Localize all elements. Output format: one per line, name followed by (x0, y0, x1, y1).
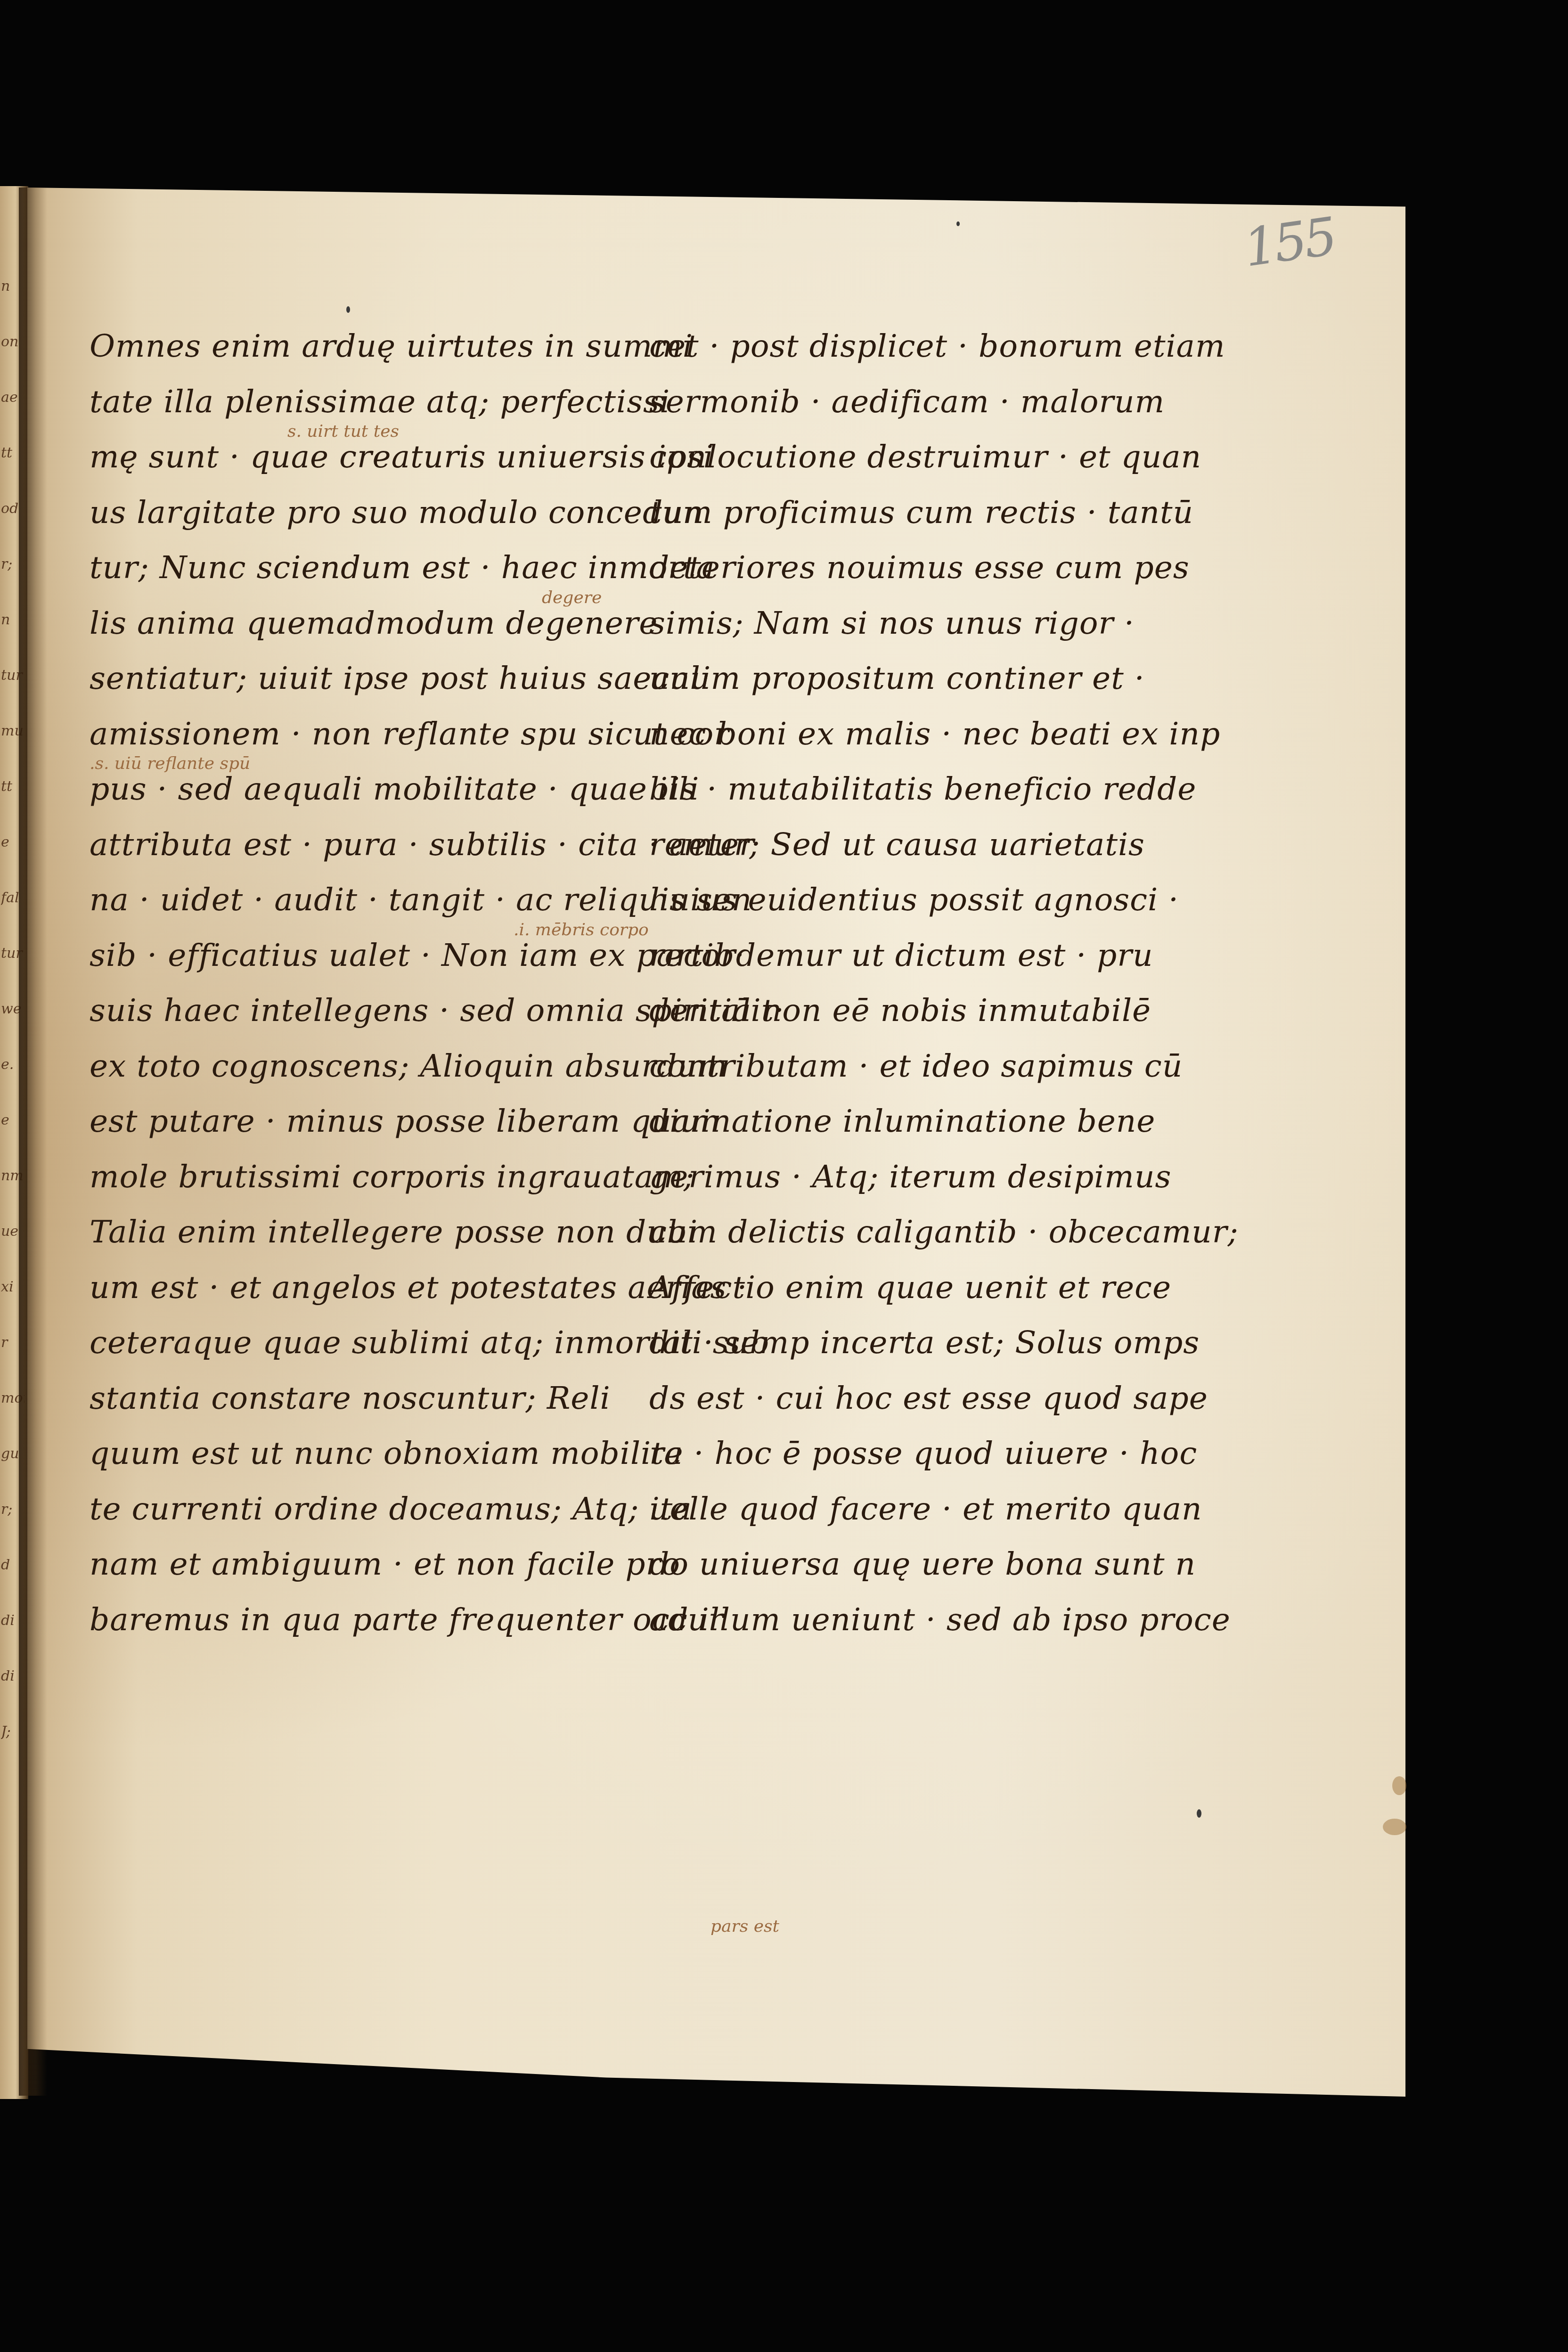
manuscript-line: te currenti ordine doceamus; Atq; ita (90, 1488, 627, 1543)
manuscript-line: suis haec intellegens · sed omnia spirit… (90, 989, 627, 1045)
manuscript-line: gerimus · Atq; iterum desipimus (649, 1156, 1158, 1211)
manuscript-line: cet · post displicet · bonorum etiam (649, 325, 1158, 381)
manuscript-line: ad illum ueniunt · sed ab ipso proce (649, 1599, 1158, 1654)
interlinear-gloss: .s. uiū reflante spū (90, 754, 250, 773)
ink-speck (956, 221, 960, 226)
manuscript-line: ex toto cognoscens; Alioquin absurdum (90, 1045, 627, 1101)
manuscript-line: nec boni ex malis · nec beati ex inp (649, 713, 1158, 768)
manuscript-line: recordemur ut dictum est · pru (649, 934, 1158, 990)
ink-speck (1197, 1809, 1201, 1818)
manuscript-line: dentiā non eē nobis inmutabilē (649, 989, 1158, 1045)
manuscript-line: lis anima quemadmodum degenere (90, 602, 627, 658)
text-column-right: cet · post displicet · bonorum etiamserm… (649, 325, 1158, 1654)
manuscript-line: attributa est · pura · subtilis · cita ·… (90, 824, 627, 879)
manuscript-line: ceteraque quae sublimi atq; inmortali su… (90, 1322, 627, 1377)
manuscript-line: conlocutione destruimur · et quan (649, 436, 1158, 491)
manuscript-line: diuinatione inluminatione bene (649, 1100, 1158, 1156)
manuscript-line: sentiatur; uiuit ipse post huius saeculi (90, 657, 627, 713)
manuscript-line: quum est ut nunc obnoxiam mobilita (90, 1432, 627, 1488)
manuscript-line: sermonib · aedificam · malorum (649, 381, 1158, 436)
manuscript-line: mole brutissimi corporis ingrauatam; (90, 1156, 627, 1211)
interlinear-gloss: s. uirt tut tes (287, 422, 399, 441)
manuscript-line: cum delictis caligantib · obcecamur; (649, 1211, 1158, 1266)
manuscript-line: huius euidentius possit agnosci · (649, 879, 1158, 934)
interlinear-gloss: degere (542, 588, 602, 607)
manuscript-line: nam et ambiguum · et non facile pro (90, 1543, 627, 1599)
manuscript-line: remur; Sed ut causa uarietatis (649, 824, 1158, 879)
folio-number: 155 (1240, 206, 1338, 278)
manuscript-line: um est · et angelos et potestates aerias… (90, 1266, 627, 1322)
manuscript-line: Omnes enim arduę uirtutes in summi (90, 325, 627, 381)
manuscript-line: Affectio enim quae uenit et rece (649, 1266, 1158, 1322)
manuscript-line: dit · semp incerta est; Solus omps (649, 1322, 1158, 1377)
stain (1392, 1776, 1406, 1795)
manuscript-line: sib · efficatius ualet · Non iam ex part… (90, 934, 627, 990)
binding-gutter-shadow (19, 188, 47, 2096)
text-column-left: Omnes enim arduę uirtutes in summitate i… (90, 325, 627, 1654)
manuscript-line: Talia enim intellegere posse non dubi (90, 1211, 627, 1266)
interlinear-gloss: .i. mēbris corpo (514, 920, 649, 939)
manuscript-line: mę sunt · quae creaturis uniuersis ipsi (90, 436, 627, 491)
manuscript-line: ds est · cui hoc est esse quod sape (649, 1377, 1158, 1433)
manuscript-line: contributam · et ideo sapimus cū (649, 1045, 1158, 1101)
manuscript-line: deteriores nouimus esse cum pes (649, 547, 1158, 602)
manuscript-line: bis · mutabilitatis beneficio redde (649, 768, 1158, 824)
manuscript-line: baremus in qua parte frequenter occur (90, 1599, 627, 1654)
manuscript-line: do uniuersa quę uere bona sunt n (649, 1543, 1158, 1599)
manuscript-line: re · hoc ē posse quod uiuere · hoc (649, 1432, 1158, 1488)
manuscript-line: uelle quod facere · et merito quan (649, 1488, 1158, 1543)
ink-speck (346, 306, 350, 313)
manuscript-line: pus · sed aequali mobilitate · quae illi (90, 768, 627, 824)
manuscript-line: stantia constare noscuntur; Reli (90, 1377, 627, 1433)
manuscript-line: unum propositum continer et · (649, 657, 1158, 713)
interlinear-gloss: pars est (710, 1917, 779, 1936)
manuscript-line: est putare · minus posse liberam quam (90, 1100, 627, 1156)
manuscript-line: tum proficimus cum rectis · tantū (649, 491, 1158, 547)
stain (1383, 1819, 1406, 1835)
manuscript-line: us largitate pro suo modulo concedun (90, 491, 627, 547)
manuscript-line: simis; Nam si nos unus rigor · (649, 602, 1158, 658)
